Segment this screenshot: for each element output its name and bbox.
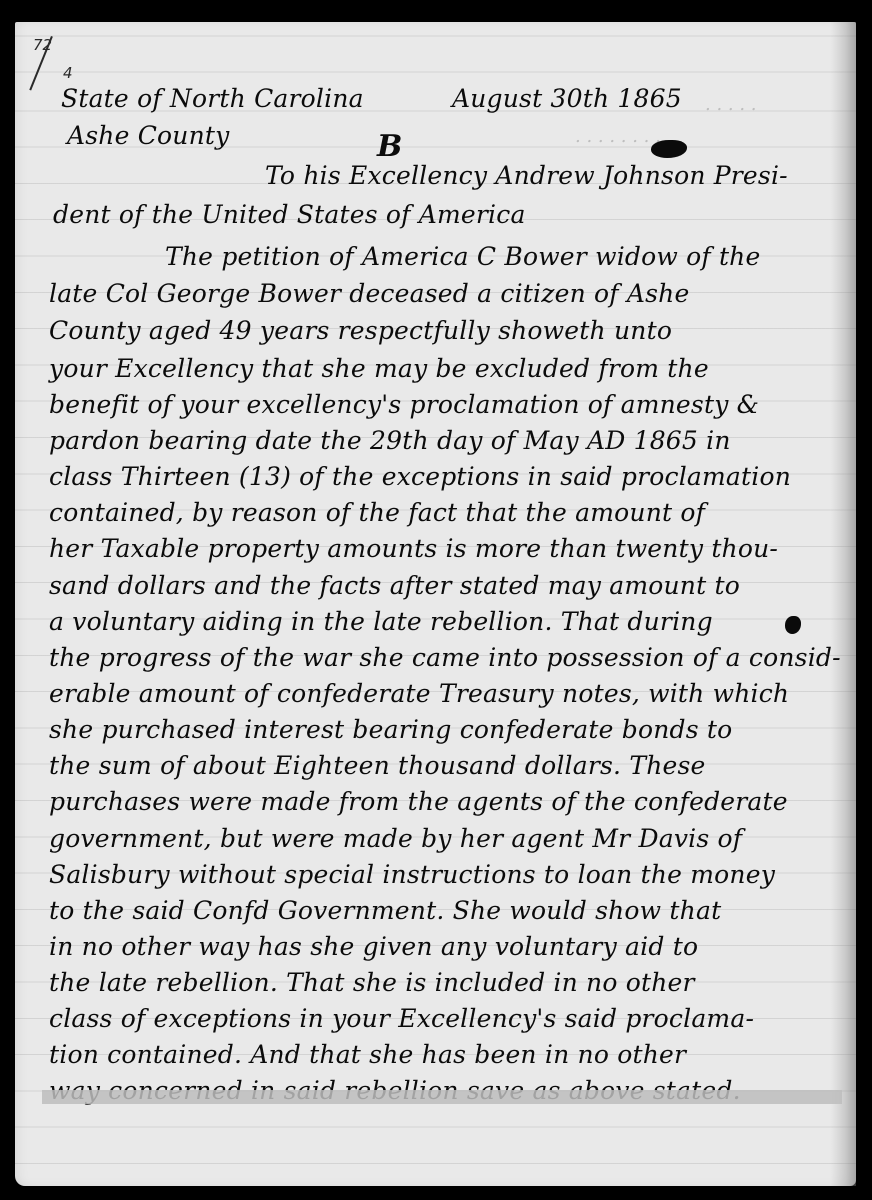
bleed-through-text: . . . . . [705,94,757,115]
text-line: contained, by reason of the fact that th… [49,498,705,528]
header-county: Ashe County [67,121,229,151]
text-line: to the said Confd Government. She would … [49,896,721,926]
page-edge-shadow [830,22,856,1186]
text-line: in no other way has she given any volunt… [49,932,698,962]
text-line: your Excellency that she may be excluded… [49,354,709,384]
folio-bottom: 4 [63,64,73,82]
text-line: the progress of the war she came into po… [49,643,841,673]
text-line: government, but were made by her agent M… [49,824,742,854]
text-line: sand dollars and the facts after stated … [49,571,740,601]
text-line: pardon bearing date the 29th day of May … [49,426,731,456]
text-line: class Thirteen (13) of the exceptions in… [49,462,791,492]
text-line: late Col George Bower deceased a citizen… [49,279,689,309]
bracket-mark: B [377,132,403,162]
ink-blot [651,140,687,158]
text-line: The petition of America C Bower widow of… [165,242,760,272]
bottom-shadow-band [42,1090,842,1104]
header-state: State of North Carolina [61,84,364,114]
text-line: a voluntary aiding in the late rebellion… [49,607,713,637]
text-line: dent of the United States of America [53,200,526,230]
text-line: erable amount of confederate Treasury no… [49,679,789,709]
text-line: her Taxable property amounts is more tha… [49,534,778,564]
text-line: purchases were made from the agents of t… [49,787,788,817]
text-line: the late rebellion. That she is included… [49,968,695,998]
text-line: class of exceptions in your Excellency's… [49,1004,754,1034]
ink-blot [785,616,801,634]
header-date: August 30th 1865 [452,84,682,114]
text-line: the sum of about Eighteen thousand dolla… [49,751,706,781]
bleed-through-text: . . . . . . . . [575,126,661,147]
document-page: 72 4 . . . . . . . . . . . . . State of … [15,22,856,1186]
text-line: To his Excellency Andrew Johnson Presi- [265,161,788,191]
text-line: she purchased interest bearing confedera… [49,715,732,745]
text-line: tion contained. And that she has been in… [49,1040,686,1070]
text-line: Salisbury without special instructions t… [49,860,775,890]
text-line: benefit of your excellency's proclamatio… [49,390,759,420]
text-line: County aged 49 years respectfully showet… [49,316,672,346]
